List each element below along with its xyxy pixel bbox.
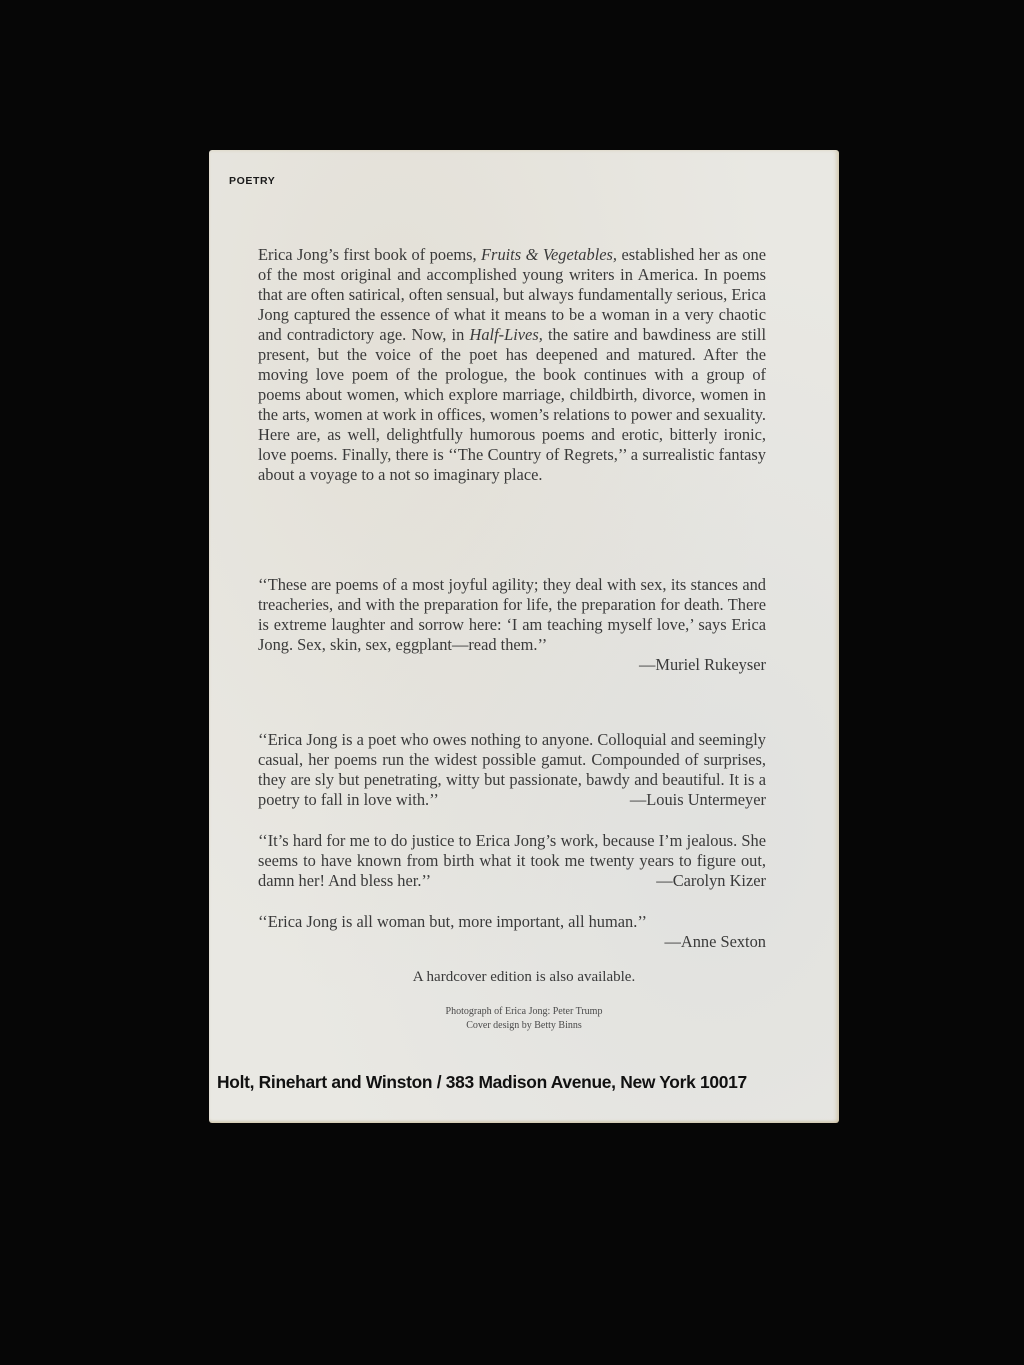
book-back-cover: POETRY Erica Jong’s first book of poems,… [209, 150, 839, 1123]
blurb-text-3: the satire and bawdiness are still prese… [258, 325, 766, 484]
review-quote: ‘‘It’s hard for me to do justice to Eric… [258, 831, 766, 891]
review-quote: ‘‘These are poems of a most joyful agili… [258, 575, 766, 675]
review-quote: ‘‘Erica Jong is a poet who owes nothing … [258, 730, 766, 810]
cover-credits: Photograph of Erica Jong: Peter Trump Co… [209, 1005, 839, 1033]
hardcover-note: A hardcover edition is also available. [209, 969, 839, 986]
quote-text: ‘‘These are poems of a most joyful agili… [258, 575, 766, 655]
quote-author: —Louis Untermeyer [630, 790, 766, 810]
design-credit: Cover design by Betty Binns [209, 1019, 839, 1033]
quote-author: —Muriel Rukeyser [258, 655, 766, 675]
book-description: Erica Jong’s first book of poems, Fruits… [258, 245, 766, 485]
quote-author: —Anne Sexton [258, 932, 766, 952]
photo-credit: Photograph of Erica Jong: Peter Trump [209, 1005, 839, 1019]
quote-text: ‘‘Erica Jong is all woman but, more impo… [258, 912, 766, 932]
genre-label: POETRY [229, 175, 275, 187]
book-title-fruits-vegetables: Fruits & Vegetables, [481, 245, 617, 264]
blurb-text-1: Erica Jong’s first book of poems, [258, 245, 481, 264]
publisher-line: Holt, Rinehart and Winston / 383 Madison… [217, 1072, 827, 1093]
book-title-half-lives: Half-Lives, [470, 325, 543, 344]
review-quote: ‘‘Erica Jong is all woman but, more impo… [258, 912, 766, 952]
